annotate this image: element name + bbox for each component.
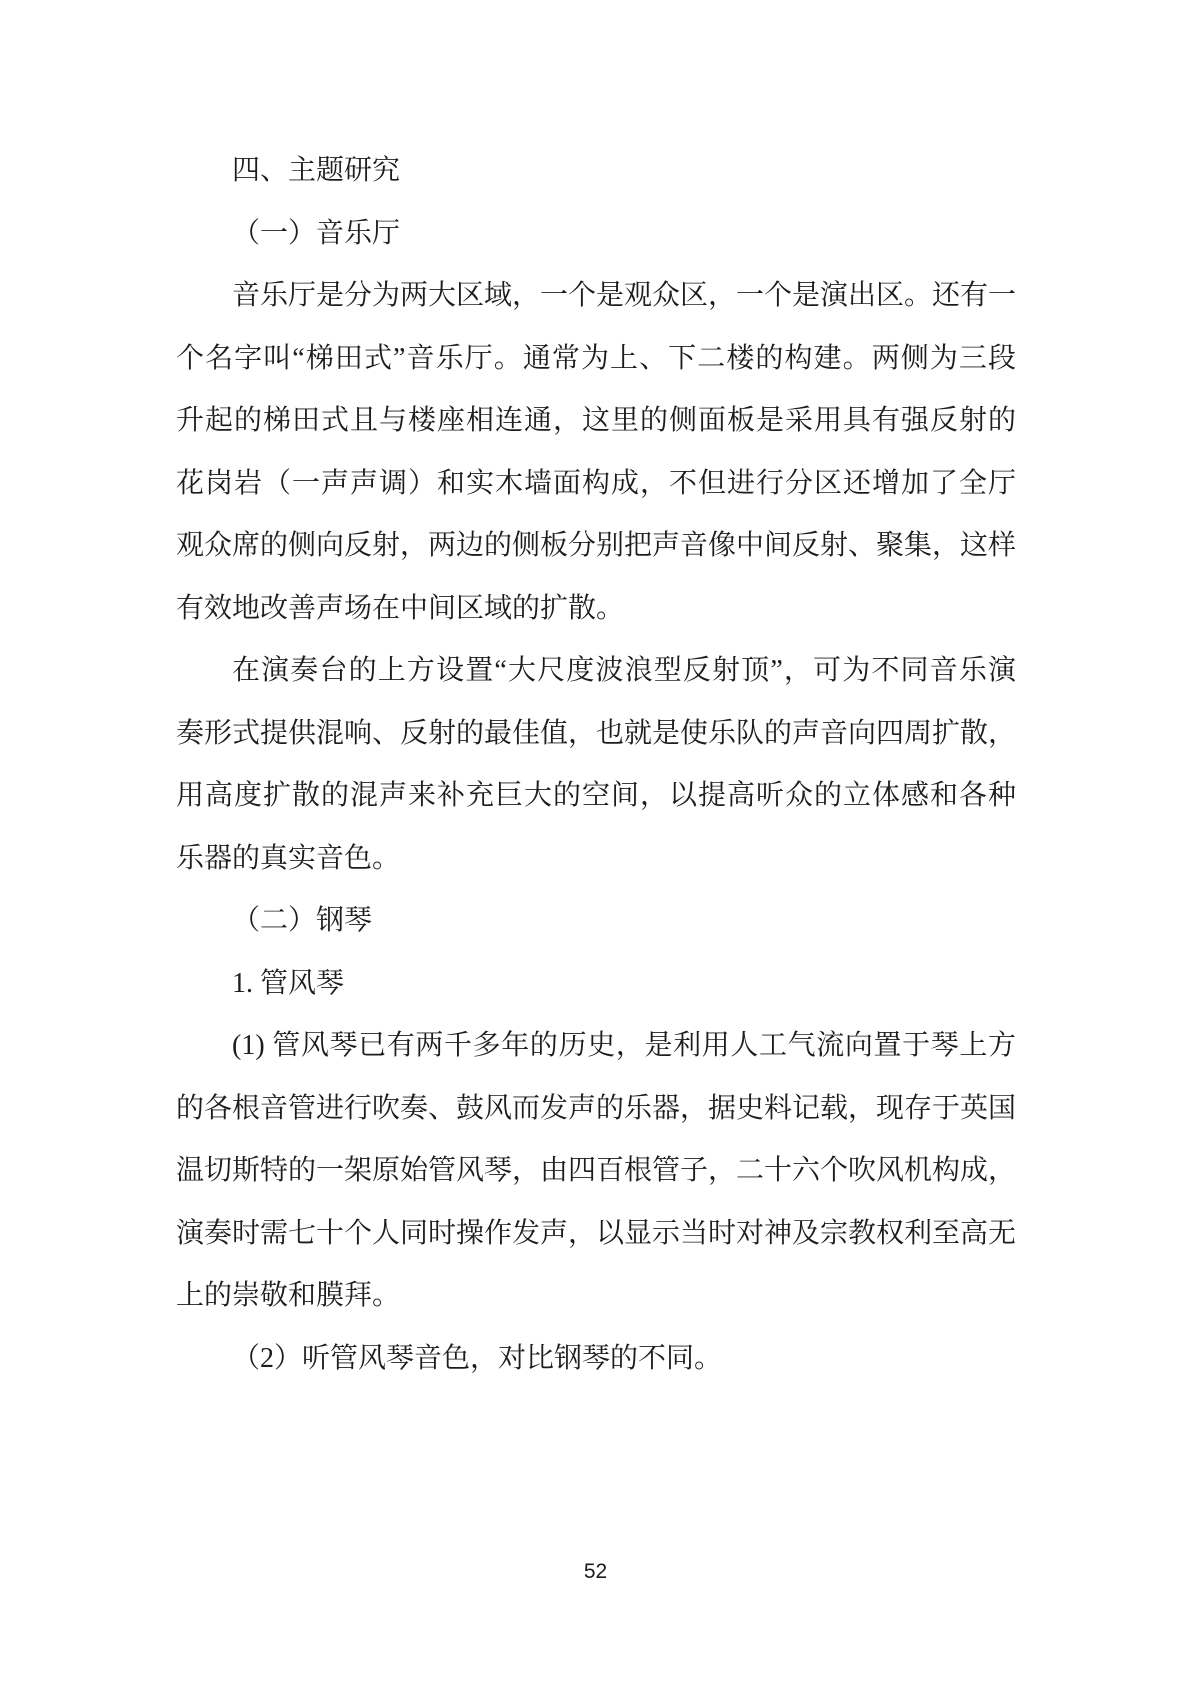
body-text-line: 演奏时需七十个人同时操作发声，以显示当时对神及宗教权利至高无 [176,1203,1016,1266]
body-text-line: 用高度扩散的混声来补充巨大的空间，以提高听众的立体感和各种 [176,765,1016,828]
document-page: 四、主题研究（一）音乐厅音乐厅是分为两大区域，一个是观众区，一个是演出区。还有一… [0,0,1191,1684]
heading-section-line: 四、主题研究 [176,140,1016,203]
body-text-line: 在演奏台的上方设置“大尺度波浪型反射顶”，可为不同音乐演 [176,640,1016,703]
document-body: 四、主题研究（一）音乐厅音乐厅是分为两大区域，一个是观众区，一个是演出区。还有一… [176,140,1016,1390]
body-text-line: 观众席的侧向反射，两边的侧板分别把声音像中间反射、聚集，这样 [176,515,1016,578]
body-text-line: (1) 管风琴已有两千多年的历史，是利用人工气流向置于琴上方 [176,1015,1016,1078]
body-text-line: 音乐厅是分为两大区域，一个是观众区，一个是演出区。还有一 [176,265,1016,328]
body-text-line: 乐器的真实音色。 [176,828,1016,891]
body-text-line: 升起的梯田式且与楼座相连通，这里的侧面板是采用具有强反射的 [176,390,1016,453]
heading-item-line: 1. 管风琴 [176,953,1016,1016]
body-text-line: 的各根音管进行吹奏、鼓风而发声的乐器，据史料记载，现存于英国 [176,1078,1016,1141]
body-text-line: 个名字叫“梯田式”音乐厅。通常为上、下二楼的构建。两侧为三段 [176,328,1016,391]
heading-subsection-line: （一）音乐厅 [176,203,1016,266]
body-text-line: 奏形式提供混响、反射的最佳值，也就是使乐队的声音向四周扩散， [176,703,1016,766]
body-text-line: 上的崇敬和膜拜。 [176,1265,1016,1328]
body-text-line: 花岗岩（一声声调）和实木墙面构成，不但进行分区还增加了全厅 [176,453,1016,516]
heading-subsection-line: （二）钢琴 [176,890,1016,953]
page-number: 52 [584,1560,607,1583]
body-text-line: 有效地改善声场在中间区域的扩散。 [176,578,1016,641]
body-text-line: （2）听管风琴音色，对比钢琴的不同。 [176,1328,1016,1391]
body-text-line: 温切斯特的一架原始管风琴，由四百根管子，二十六个吹风机构成， [176,1140,1016,1203]
page-footer: 52 [0,1560,1191,1584]
